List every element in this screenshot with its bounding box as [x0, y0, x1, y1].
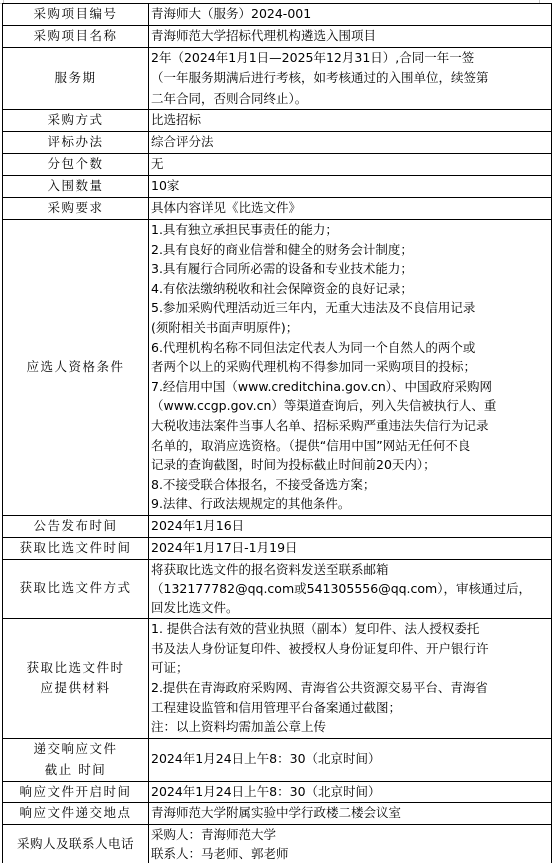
- value-evaluation-method: 综合评分法: [149, 132, 552, 154]
- label-shortlist-count: 入围数量: [3, 175, 149, 197]
- label-submission-location: 响应文件递交地点: [3, 803, 149, 825]
- label-evaluation-method: 评标办法: [3, 132, 149, 154]
- label-lot-count: 分包个数: [3, 154, 149, 176]
- table-row-submission-deadline: 递交响应文件 截止 时间 2024年1月24日上午8：30（北京时间）: [3, 738, 552, 781]
- value-shortlist-count: 10家: [149, 175, 552, 197]
- table-row-document-period: 获取比选文件时间 2024年1月17日-1月19日: [3, 537, 552, 559]
- value-document-method: 将获取比选文件的报名资料发送至联系邮箱 （132177782@qq.com或54…: [149, 559, 552, 618]
- label-announcement-date: 公告发布时间: [3, 515, 149, 537]
- procurement-info-table: 采购项目编号 青海师大（服务）2024-001 采购项目名称 青海师范大学招标代…: [2, 3, 552, 863]
- value-qualifications: 1.具有独立承担民事责任的能力； 2.具有良好的商业信誉和健全的财务会计制度； …: [149, 219, 552, 515]
- table-row-requirements: 采购要求 具体内容详见《比选文件》: [3, 197, 552, 219]
- value-submission-location: 青海师范大学附属实验中学行政楼二楼会议室: [149, 803, 552, 825]
- table-row-purchaser-contact: 采购人及联系人电话 采购人：青海师范大学 联系人：马老师、郭老师: [3, 824, 552, 863]
- table-row-qualifications: 应选人资格条件 1.具有独立承担民事责任的能力； 2.具有良好的商业信誉和健全的…: [3, 219, 552, 515]
- table-row-shortlist-count: 入围数量 10家: [3, 175, 552, 197]
- table-row-project-name: 采购项目名称 青海师范大学招标代理机构遴选入围项目: [3, 25, 552, 47]
- label-submission-deadline: 递交响应文件 截止 时间: [3, 738, 149, 781]
- label-project-name: 采购项目名称: [3, 25, 149, 47]
- value-opening-time: 2024年1月24日上午8：30（北京时间）: [149, 781, 552, 803]
- value-required-materials: 1. 提供合法有效的营业执照（副本）复印件、法人授权委托 书及法人身份证复印件、…: [149, 618, 552, 738]
- table-row-project-number: 采购项目编号 青海师大（服务）2024-001: [3, 4, 552, 26]
- value-procurement-method: 比选招标: [149, 110, 552, 132]
- contact-emails: （132177782@qq.com或541305556@qq.com），审核通过…: [151, 579, 549, 598]
- label-requirements: 采购要求: [3, 197, 149, 219]
- value-submission-deadline: 2024年1月24日上午8：30（北京时间）: [149, 738, 552, 781]
- value-service-period: 2年（2024年1月1日—2025年12月31日）,合同一年一签 （一年服务期满…: [149, 47, 552, 110]
- table-row-lot-count: 分包个数 无: [3, 154, 552, 176]
- table-row-submission-location: 响应文件递交地点 青海师范大学附属实验中学行政楼二楼会议室: [3, 803, 552, 825]
- value-purchaser-contact: 采购人：青海师范大学 联系人：马老师、郭老师: [149, 824, 552, 863]
- table-row-service-period: 服务期 2年（2024年1月1日—2025年12月31日）,合同一年一签 （一年…: [3, 47, 552, 110]
- table-row-document-method: 获取比选文件方式 将获取比选文件的报名资料发送至联系邮箱 （132177782@…: [3, 559, 552, 618]
- label-project-number: 采购项目编号: [3, 4, 149, 26]
- value-document-period: 2024年1月17日-1月19日: [149, 537, 552, 559]
- label-opening-time: 响应文件开启时间: [3, 781, 149, 803]
- table-row-required-materials: 获取比选文件时 应提供材料 1. 提供合法有效的营业执照（副本）复印件、法人授权…: [3, 618, 552, 738]
- label-document-method: 获取比选文件方式: [3, 559, 149, 618]
- table-row-opening-time: 响应文件开启时间 2024年1月24日上午8：30（北京时间）: [3, 781, 552, 803]
- value-project-number: 青海师大（服务）2024-001: [149, 4, 552, 26]
- value-requirements: 具体内容详见《比选文件》: [149, 197, 552, 219]
- table-row-announcement-date: 公告发布时间 2024年1月16日: [3, 515, 552, 537]
- table-row-evaluation-method: 评标办法 综合评分法: [3, 132, 552, 154]
- table-row-procurement-method: 采购方式 比选招标: [3, 110, 552, 132]
- value-announcement-date: 2024年1月16日: [149, 515, 552, 537]
- label-service-period: 服务期: [3, 47, 149, 110]
- value-lot-count: 无: [149, 154, 552, 176]
- label-purchaser-contact: 采购人及联系人电话: [3, 824, 149, 863]
- label-qualifications: 应选人资格条件: [3, 219, 149, 515]
- label-required-materials: 获取比选文件时 应提供材料: [3, 618, 149, 738]
- value-project-name: 青海师范大学招标代理机构遴选入围项目: [149, 25, 552, 47]
- label-procurement-method: 采购方式: [3, 110, 149, 132]
- label-document-period: 获取比选文件时间: [3, 537, 149, 559]
